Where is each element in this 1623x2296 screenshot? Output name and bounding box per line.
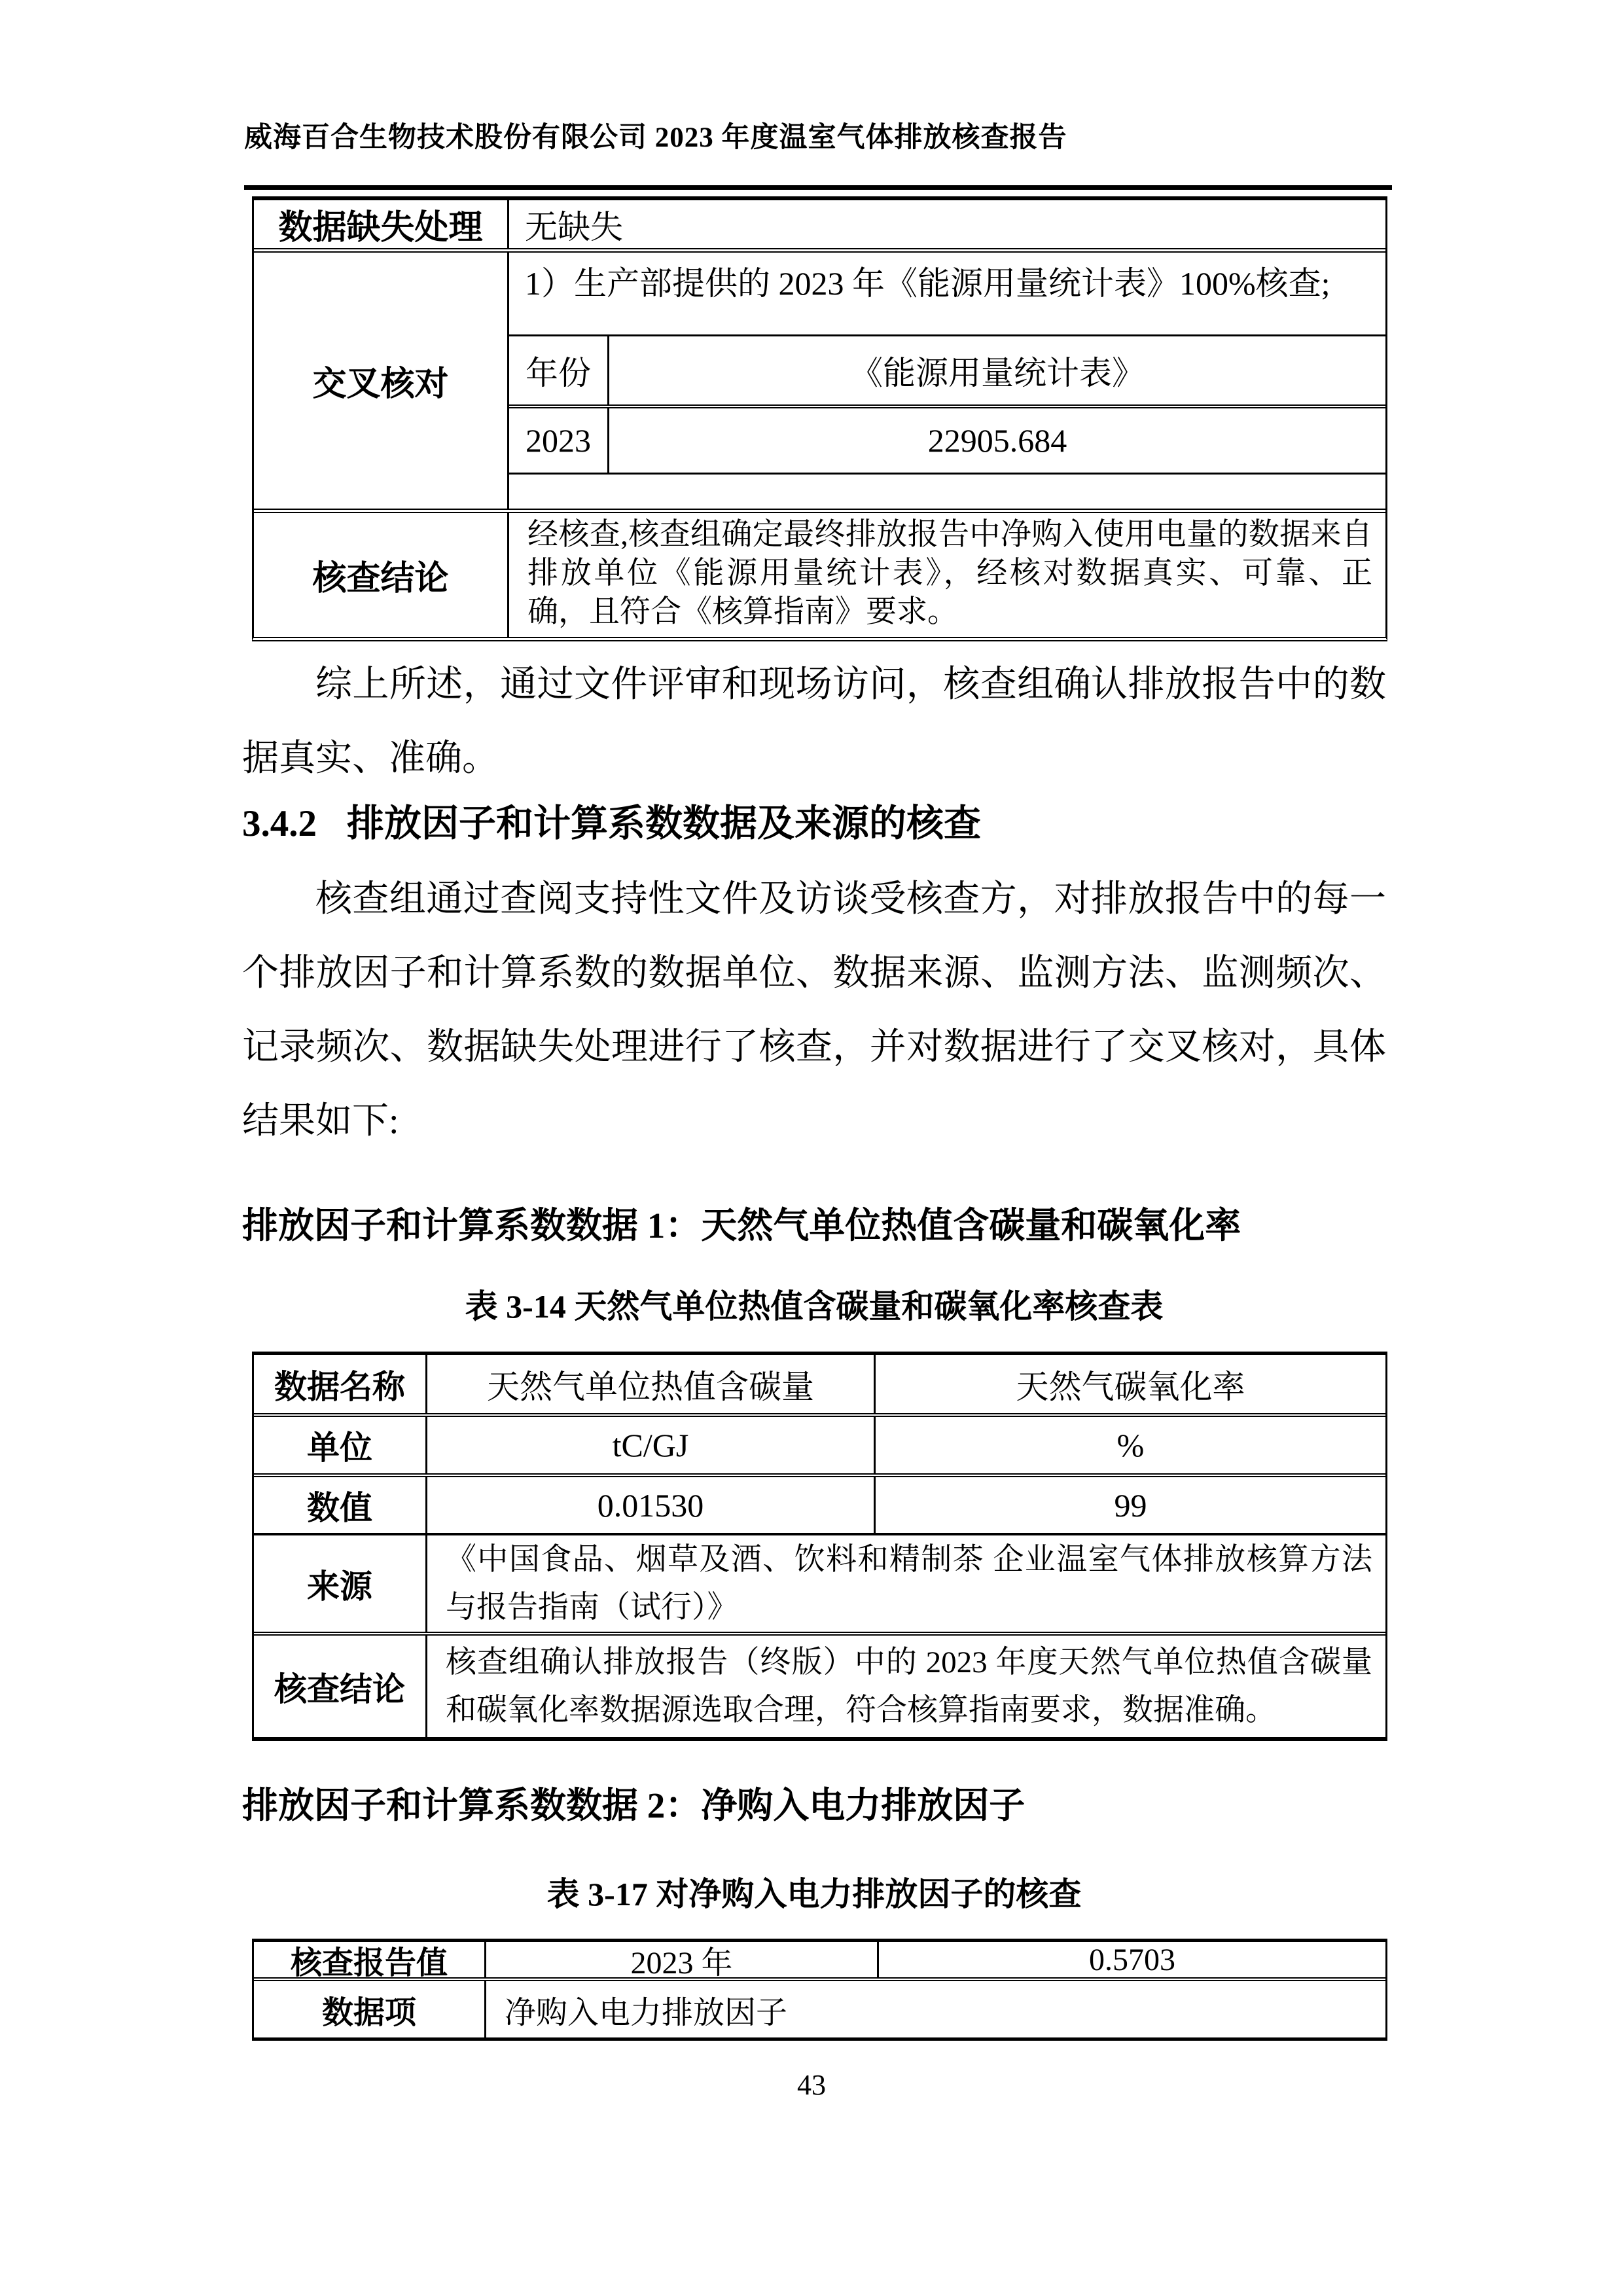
carbon-content-header: 天然气单位热值含碳量 [427, 1355, 876, 1413]
year-header-cell: 年份 [509, 336, 609, 404]
table-314-caption: 表 3-14 天然气单位热值含碳量和碳氧化率核查表 [242, 1280, 1386, 1327]
table-row: 核查结论 核查组确认排放报告（终版）中的 2023 年度天然气单位热值含碳量和碳… [254, 1636, 1385, 1737]
cross-check-note: 1）生产部提供的 2023 年《能源用量统计表》100%核查; [509, 253, 1385, 304]
year-cell: 2023 年 [486, 1942, 879, 1977]
table-317-caption: 表 3-17 对净购入电力排放因子的核查 [242, 1868, 1386, 1915]
summary-paragraph: 综上所述，通过文件评审和现场访问，核查组确认排放报告中的数据真实、准确。 [242, 648, 1386, 796]
intro-paragraph: 核查组通过查阅支持性文件及访谈受核查方，对排放报告中的每一个排放因子和计算系数的… [242, 863, 1386, 1158]
table-header-row: 数据名称 天然气单位热值含碳量 天然气碳氧化率 [254, 1355, 1385, 1417]
page-number: 43 [0, 2068, 1623, 2102]
energy-usage-subtable: 年份 《能源用量统计表》 2023 22905.684 [509, 334, 1385, 475]
section-heading: 3.4.2排放因子和计算系数数据及来源的核查 [242, 793, 981, 847]
unit-value-1: tC/GJ [427, 1417, 876, 1473]
data-name-header: 数据名称 [254, 1355, 427, 1413]
table-row: 来源 《中国食品、烟草及酒、饮料和精制茶 企业温室气体排放核算方法与报告指南（试… [254, 1535, 1385, 1636]
energy-value-cell: 22905.684 [609, 408, 1385, 473]
cross-check-content: 1）生产部提供的 2023 年《能源用量统计表》100%核查; 年份 《能源用量… [509, 253, 1385, 509]
value-2: 99 [876, 1477, 1385, 1533]
page-header-title: 威海百合生物技术股份有限公司 2023 年度温室气体排放核查报告 [244, 115, 1067, 155]
table-row: 单位 tC/GJ % [254, 1417, 1385, 1477]
section-title: 排放因子和计算系数数据及来源的核查 [347, 803, 981, 844]
report-value-label: 核查报告值 [254, 1942, 486, 1977]
table-row: 核查结论 经核查,核查组确定最终排放报告中净购入使用电量的数据来自排放单位《能源… [254, 513, 1385, 637]
year-value-cell: 2023 [509, 408, 609, 473]
doc-header-cell: 《能源用量统计表》 [609, 336, 1385, 404]
cross-check-table: 数据缺失处理 无缺失 交叉核对 1）生产部提供的 2023 年《能源用量统计表》… [252, 196, 1387, 641]
section-number: 3.4.2 [242, 803, 317, 844]
cross-check-label: 交叉核对 [254, 253, 509, 509]
source-label: 来源 [254, 1535, 427, 1632]
oxidation-rate-header: 天然气碳氧化率 [876, 1355, 1385, 1413]
unit-value-2: % [876, 1417, 1385, 1473]
header-rule [244, 185, 1392, 190]
conclusion-text: 经核查,核查组确定最终排放报告中净购入使用电量的数据来自排放单位《能源用量统计表… [509, 513, 1385, 637]
table-row: 数据缺失处理 无缺失 [254, 200, 1385, 253]
missing-data-value: 无缺失 [509, 200, 1385, 248]
conclusion-text: 核查组确认排放报告（终版）中的 2023 年度天然气单位热值含碳量和碳氧化率数据… [427, 1636, 1385, 1737]
table-3-17: 核查报告值 2023 年 0.5703 数据项 净购入电力排放因子 [252, 1939, 1387, 2041]
missing-data-label: 数据缺失处理 [254, 200, 509, 248]
factor-value-cell: 0.5703 [879, 1942, 1385, 1977]
table-row: 2023 22905.684 [509, 408, 1385, 475]
table-3-14: 数据名称 天然气单位热值含碳量 天然气碳氧化率 单位 tC/GJ % 数值 0.… [252, 1352, 1387, 1741]
factor2-heading: 排放因子和计算系数数据 2：净购入电力排放因子 [242, 1776, 1025, 1828]
value-1: 0.01530 [427, 1477, 876, 1533]
source-text: 《中国食品、烟草及酒、饮料和精制茶 企业温室气体排放核算方法与报告指南（试行）》 [427, 1535, 1385, 1632]
factor1-heading: 排放因子和计算系数数据 1：天然气单位热值含碳量和碳氧化率 [242, 1196, 1241, 1248]
conclusion-label: 核查结论 [254, 1636, 427, 1737]
table-row: 核查报告值 2023 年 0.5703 [254, 1942, 1385, 1981]
table-row: 数据项 净购入电力排放因子 [254, 1981, 1385, 2037]
table-row: 年份 《能源用量统计表》 [509, 336, 1385, 408]
conclusion-label: 核查结论 [254, 513, 509, 637]
report-page: 威海百合生物技术股份有限公司 2023 年度温室气体排放核查报告 数据缺失处理 … [0, 0, 1623, 2296]
unit-label: 单位 [254, 1417, 427, 1473]
table-row: 数值 0.01530 99 [254, 1477, 1385, 1535]
table-row: 交叉核对 1）生产部提供的 2023 年《能源用量统计表》100%核查; 年份 … [254, 253, 1385, 513]
data-item-label: 数据项 [254, 1981, 486, 2037]
value-label: 数值 [254, 1477, 427, 1533]
data-item-value: 净购入电力排放因子 [486, 1981, 1385, 2037]
